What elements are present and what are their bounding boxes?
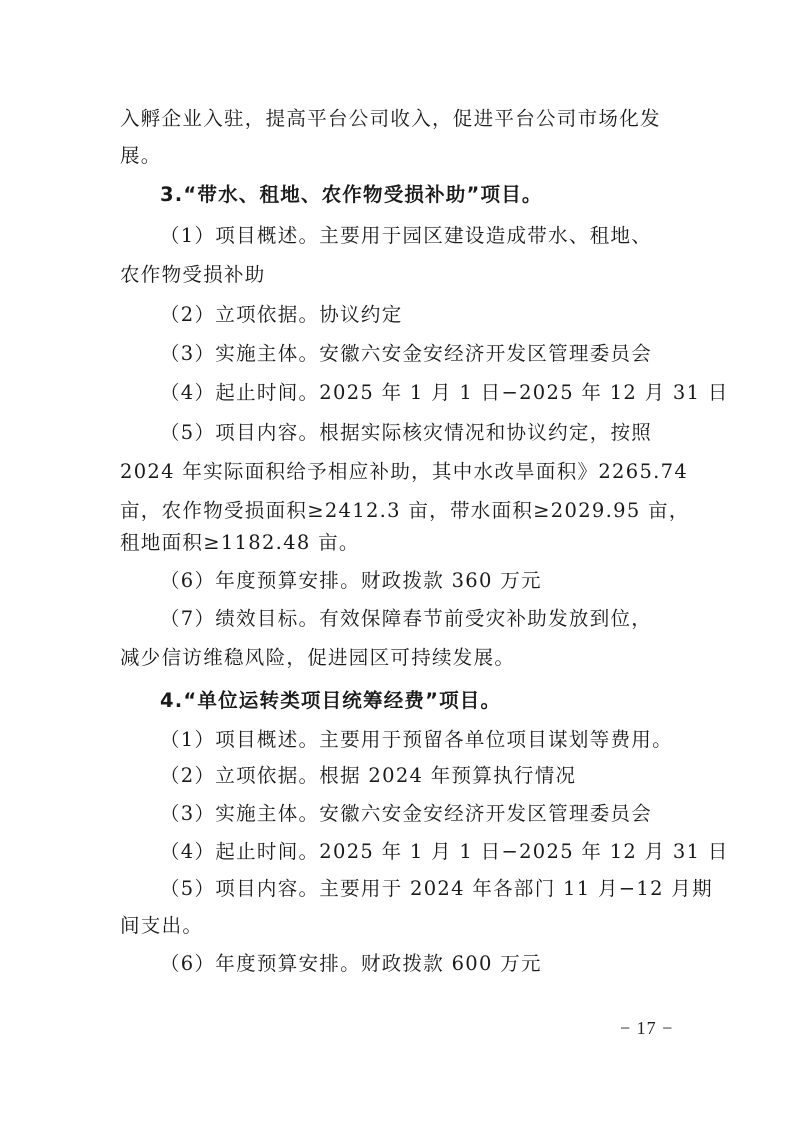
item-line: （1）项目概述。主要用于预留各单位项目谋划等费用。: [160, 727, 720, 753]
paragraph-line: 展。: [120, 143, 680, 169]
item-line: 间支出。: [120, 913, 680, 939]
paragraph-line: 入孵企业入驻，提高平台公司收入，促进平台公司市场化发: [120, 106, 680, 132]
document-page: 入孵企业入驻，提高平台公司收入，促进平台公司市场化发 展。 3.“带水、租地、农…: [0, 0, 793, 1122]
item-line: （4）起止时间。2025 年 1 月 1 日−2025 年 12 月 31 日: [160, 839, 720, 865]
section-heading: 3.“带水、租地、农作物受损补助”项目。: [160, 182, 720, 208]
item-line: （5）项目内容。根据实际核灾情况和协议约定，按照: [160, 420, 720, 446]
item-line: （4）起止时间。2025 年 1 月 1 日−2025 年 12 月 31 日: [160, 380, 720, 406]
item-line: 农作物受损补助: [120, 262, 680, 288]
item-line: （6）年度预算安排。财政拨款 360 万元: [160, 568, 720, 594]
item-line: （2）立项依据。协议约定: [160, 302, 720, 328]
item-line: （5）项目内容。主要用于 2024 年各部门 11 月−12 月期: [160, 876, 720, 902]
item-line: 亩，农作物受损面积≥2412.3 亩，带水面积≥2029.95 亩，: [120, 498, 680, 524]
item-line: （3）实施主体。安徽六安金安经济开发区管理委员会: [160, 801, 720, 827]
item-line: 2024 年实际面积给予相应补助，其中水改旱面积》2265.74: [120, 459, 680, 485]
section-heading: 4.“单位运转类项目统筹经费”项目。: [160, 688, 720, 714]
page-number: − 17 −: [620, 1018, 673, 1039]
item-line: （7）绩效目标。有效保障春节前受灾补助发放到位，: [160, 606, 720, 632]
item-line: （2）立项依据。根据 2024 年预算执行情况: [160, 763, 720, 789]
item-line: （1）项目概述。主要用于园区建设造成带水、租地、: [160, 223, 720, 249]
item-line: （3）实施主体。安徽六安金安经济开发区管理委员会: [160, 341, 720, 367]
item-line: 租地面积≥1182.48 亩。: [120, 530, 680, 556]
item-line: 减少信访维稳风险，促进园区可持续发展。: [120, 645, 680, 671]
item-line: （6）年度预算安排。财政拨款 600 万元: [160, 951, 720, 977]
